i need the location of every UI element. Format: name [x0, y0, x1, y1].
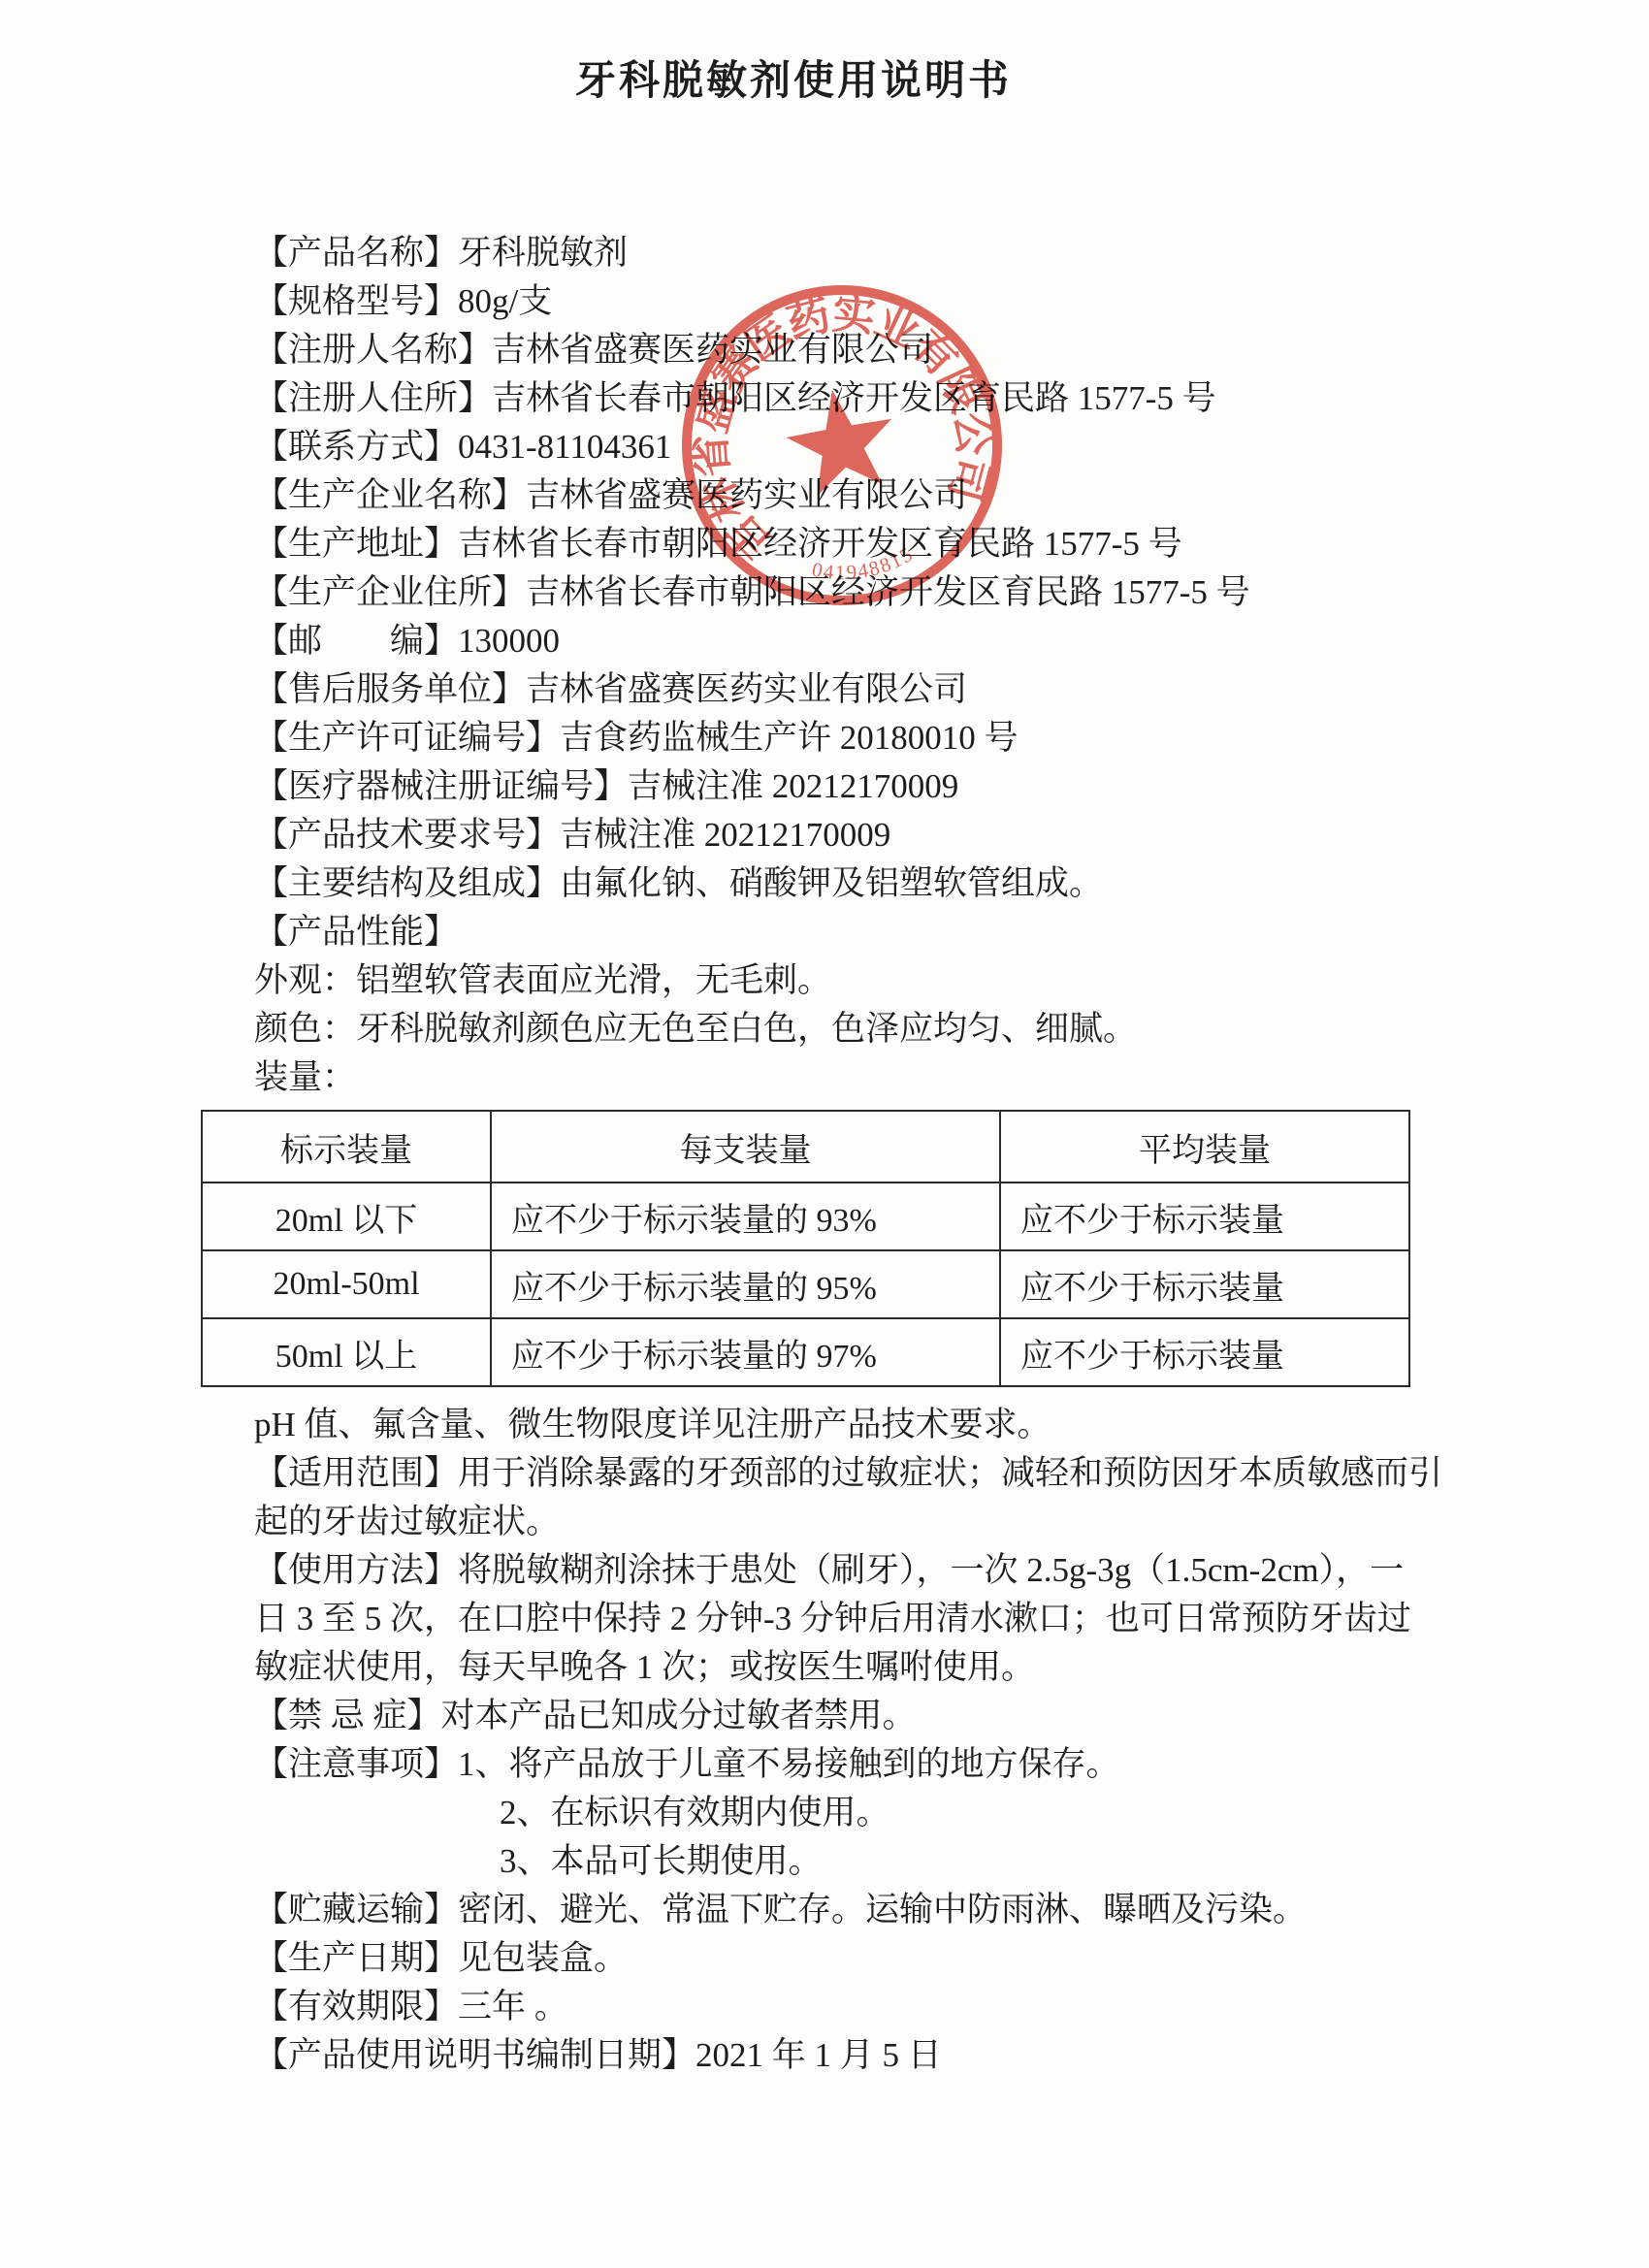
doc-line-technical-requirement: 【产品技术要求号】吉械注准 20212170009: [254, 811, 1505, 859]
table-header-labeled-volume: 标示装量: [202, 1111, 491, 1183]
doc-line-production-address: 【生产地址】吉林省长春市朝阳区经济开发区育民路 1577-5 号: [254, 520, 1505, 568]
table-cell: 应不少于标示装量: [1000, 1183, 1409, 1250]
doc-line-postcode: 【邮 编】130000: [254, 617, 1505, 665]
doc-line-performance-heading: 【产品性能】: [254, 908, 1505, 956]
table-cell: 50ml 以上: [202, 1318, 491, 1386]
doc-line-spec-model: 【规格型号】80g/支: [254, 277, 1505, 326]
doc-line-appearance: 外观：铝塑软管表面应光滑，无毛刺。: [254, 956, 1505, 1005]
doc-line-validity-period: 【有效期限】三年 。: [254, 1983, 1505, 2031]
table-row: 20ml 以下 应不少于标示装量的 93% 应不少于标示装量: [202, 1183, 1409, 1250]
doc-line-manual-date: 【产品使用说明书编制日期】2021 年 1 月 5 日: [254, 2031, 1505, 2080]
table-cell: 20ml 以下: [202, 1183, 491, 1250]
doc-line-precaution-3: 3、本品可长期使用。: [254, 1837, 1505, 1886]
table-cell: 应不少于标示装量的 95%: [491, 1250, 1000, 1318]
table-cell: 应不少于标示装量的 97%: [491, 1318, 1000, 1386]
doc-line-registrant-address: 【注册人住所】吉林省长春市朝阳区经济开发区育民路 1577-5 号: [254, 374, 1505, 423]
doc-line-fill-volume-heading: 装量：: [254, 1053, 1505, 1102]
doc-line-usage-3: 敏症状使用，每天早晚各 1 次；或按医生嘱咐使用。: [254, 1643, 1505, 1692]
doc-line-manufacturer-address: 【生产企业住所】吉林省长春市朝阳区经济开发区育民路 1577-5 号: [254, 568, 1505, 617]
doc-line-precaution-2: 2、在标识有效期内使用。: [254, 1789, 1505, 1837]
doc-line-manufacturer-name: 【生产企业名称】吉林省盛赛医药实业有限公司: [254, 471, 1505, 520]
fill-volume-table: 标示装量 每支装量 平均装量 20ml 以下 应不少于标示装量的 93% 应不少…: [201, 1110, 1410, 1387]
table-header-average-volume: 平均装量: [1000, 1111, 1409, 1183]
document-body: 【产品名称】牙科脱敏剂 【规格型号】80g/支 【注册人名称】吉林省盛赛医药实业…: [254, 229, 1505, 2080]
doc-line-usage-1: 【使用方法】将脱敏糊剂涂抹于患处（刷牙），一次 2.5g-3g（1.5cm-2c…: [254, 1546, 1505, 1595]
doc-line-registrant-name: 【注册人名称】吉林省盛赛医药实业有限公司: [254, 326, 1505, 374]
doc-line-contact: 【联系方式】0431-81104361: [254, 423, 1505, 471]
doc-line-scope-2: 起的牙齿过敏症状。: [254, 1498, 1505, 1546]
page-title: 牙科脱敏剂使用说明书: [0, 49, 1618, 107]
table-header-per-tube-volume: 每支装量: [491, 1111, 1000, 1183]
doc-line-ph-note: pH 值、氟含量、微生物限度详见注册产品技术要求。: [254, 1401, 1505, 1449]
document-page: 牙科脱敏剂使用说明书 【产品名称】牙科脱敏剂 【规格型号】80g/支 【注册人名…: [0, 0, 1649, 2268]
doc-line-scope-1: 【适用范围】用于消除暴露的牙颈部的过敏症状；减轻和预防因牙本质敏感而引: [254, 1449, 1505, 1498]
table-row: 50ml 以上 应不少于标示装量的 97% 应不少于标示装量: [202, 1318, 1409, 1386]
doc-line-production-license: 【生产许可证编号】吉食药监械生产许 20180010 号: [254, 714, 1505, 762]
doc-line-precaution-1: 【注意事项】1、将产品放于儿童不易接触到的地方保存。: [254, 1740, 1505, 1789]
doc-line-after-sales-unit: 【售后服务单位】吉林省盛赛医药实业有限公司: [254, 665, 1505, 714]
table-cell: 应不少于标示装量: [1000, 1250, 1409, 1318]
table-cell: 应不少于标示装量的 93%: [491, 1183, 1000, 1250]
doc-line-production-date: 【生产日期】见包装盒。: [254, 1934, 1505, 1983]
table-cell: 20ml-50ml: [202, 1250, 491, 1318]
doc-line-color: 颜色：牙科脱敏剂颜色应无色至白色，色泽应均匀、细腻。: [254, 1005, 1505, 1053]
doc-line-device-registration: 【医疗器械注册证编号】吉械注准 20212170009: [254, 762, 1505, 811]
doc-line-product-name: 【产品名称】牙科脱敏剂: [254, 229, 1505, 277]
table-header-row: 标示装量 每支装量 平均装量: [202, 1111, 1409, 1183]
doc-line-contraindication: 【禁 忌 症】对本产品已知成分过敏者禁用。: [254, 1692, 1505, 1740]
doc-line-composition: 【主要结构及组成】由氟化钠、硝酸钾及铝塑软管组成。: [254, 859, 1505, 908]
table-cell: 应不少于标示装量: [1000, 1318, 1409, 1386]
doc-line-storage-transport: 【贮藏运输】密闭、避光、常温下贮存。运输中防雨淋、曝晒及污染。: [254, 1886, 1505, 1934]
table-row: 20ml-50ml 应不少于标示装量的 95% 应不少于标示装量: [202, 1250, 1409, 1318]
doc-line-usage-2: 日 3 至 5 次，在口腔中保持 2 分钟-3 分钟后用清水漱口；也可日常预防牙…: [254, 1595, 1505, 1643]
